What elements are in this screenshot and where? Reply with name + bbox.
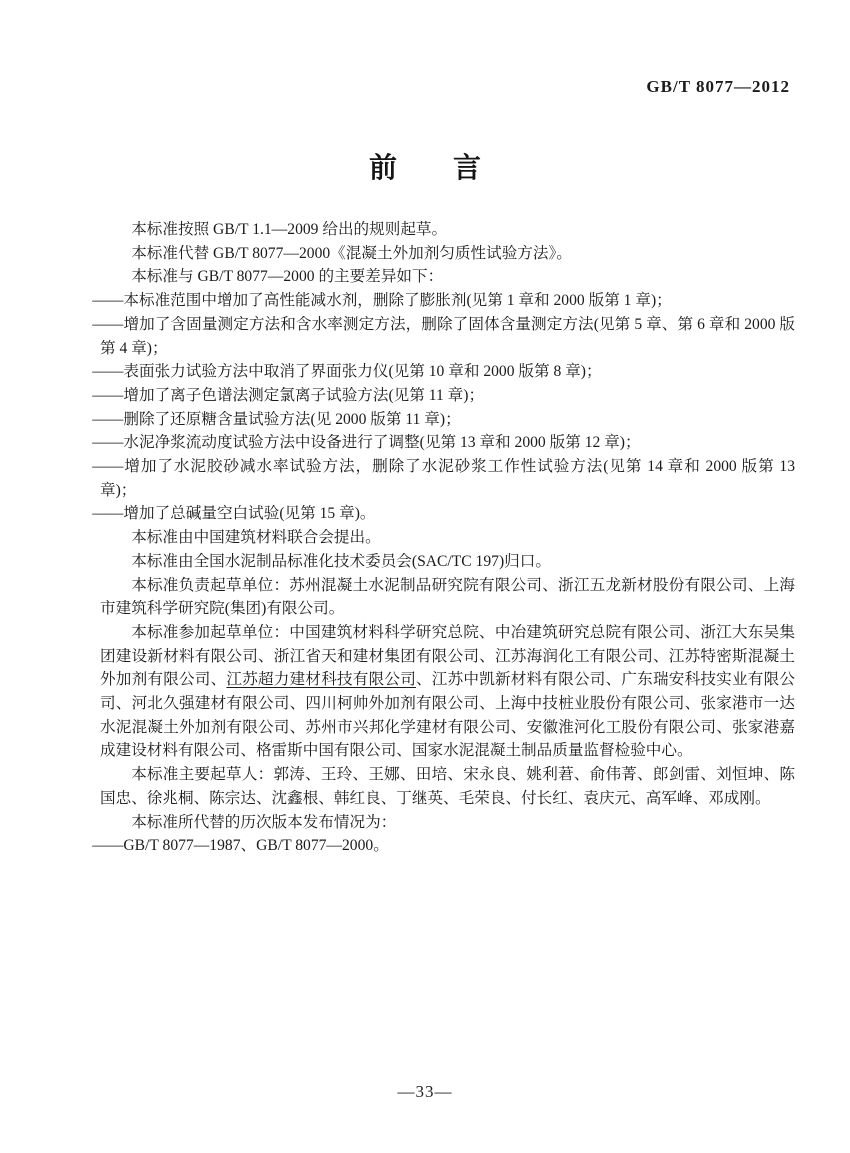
document-page: GB/T 8077—2012 前 言 本标准按照 GB/T 1.1—2009 给… [0,0,850,1153]
change-list-item: ——增加了离子色谱法测定氯离子试验方法(见第 11 章)； [100,384,795,408]
history-versions-item: ——GB/T 8077—1987、GB/T 8077—2000。 [100,834,795,858]
document-body: 本标准按照 GB/T 1.1—2009 给出的规则起草。 本标准代替 GB/T … [100,218,795,858]
change-list-item: ——本标准范围中增加了高性能减水剂，删除了膨胀剂(见第 1 章和 2000 版第… [100,289,795,313]
drafters-paragraph: 本标准主要起草人：郭涛、王玲、王娜、田培、宋永良、姚利莙、俞伟菁、郎剑雷、刘恒坤… [100,763,795,810]
participating-units-underlined-company: 江苏超力建材科技有限公司 [226,671,416,688]
change-list-item: ——增加了含固量测定方法和含水率测定方法，删除了固体含量测定方法(见第 5 章、… [100,313,795,360]
change-list-item: ——增加了总碱量空白试验(见第 15 章)。 [100,502,795,526]
participating-units-paragraph: 本标准参加起草单位：中国建筑材料科学研究总院、中冶建筑研究总院有限公司、浙江大东… [100,621,795,763]
intro-paragraph-basis: 本标准按照 GB/T 1.1—2009 给出的规则起草。 [100,218,795,242]
intro-paragraph-replaces: 本标准代替 GB/T 8077—2000《混凝土外加剂匀质性试验方法》。 [100,242,795,266]
managed-by-paragraph: 本标准由全国水泥制品标准化技术委员会(SAC/TC 197)归口。 [100,550,795,574]
change-list-item: ——删除了还原糖含量试验方法(见 2000 版第 11 章)； [100,408,795,432]
change-list-item: ——增加了水泥胶砂减水率试验方法，删除了水泥砂浆工作性试验方法(见第 14 章和… [100,455,795,502]
change-list-item: ——水泥净浆流动度试验方法中设备进行了调整(见第 13 章和 2000 版第 1… [100,431,795,455]
proposed-by-paragraph: 本标准由中国建筑材料联合会提出。 [100,526,795,550]
standard-number: GB/T 8077—2012 [646,77,790,97]
page-number: —33— [0,1082,850,1102]
history-intro-paragraph: 本标准所代替的历次版本发布情况为： [100,811,795,835]
page-title: 前 言 [0,146,850,186]
drafting-unit-paragraph: 本标准负责起草单位：苏州混凝土水泥制品研究院有限公司、浙江五龙新材股份有限公司、… [100,574,795,621]
change-list-item: ——表面张力试验方法中取消了界面张力仪(见第 10 章和 2000 版第 8 章… [100,360,795,384]
intro-paragraph-differences: 本标准与 GB/T 8077—2000 的主要差异如下： [100,265,795,289]
